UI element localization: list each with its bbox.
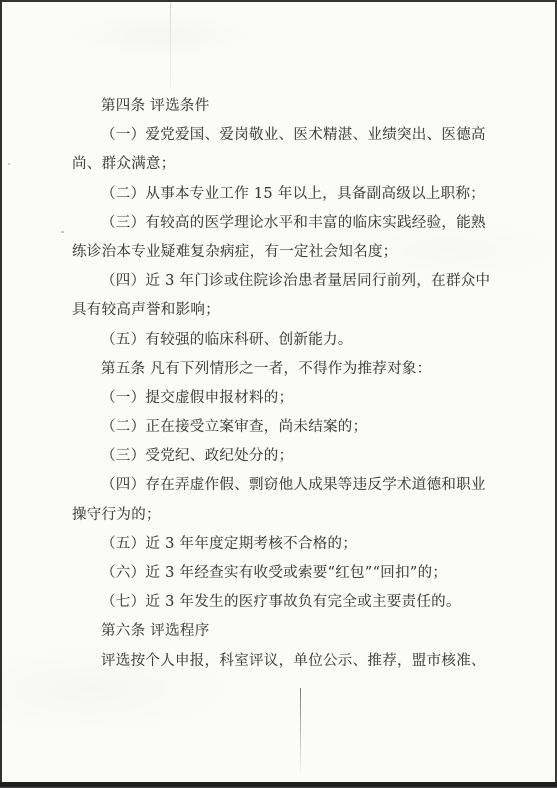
article-5-item-5: （五）近 3 年年度定期考核不合格的；	[72, 530, 496, 559]
article-4-item-3-line-1: （三）有较高的医学理论水平和丰富的临床实践经验，能熟	[72, 209, 496, 238]
article-6-heading: 第六条 评选程序	[72, 617, 496, 646]
scan-edge-left	[0, 0, 2, 788]
crease-line-top	[170, 2, 171, 90]
article-5-item-4-line-1: （四）存在弄虚作假、剽窃他人成果等违反学术道德和职业	[72, 471, 496, 500]
article-5-item-2: （二）正在接受立案审查，尚未结案的；	[72, 413, 496, 442]
article-4-item-5: （五）有较强的临床科研、创新能力。	[72, 326, 496, 355]
article-4-item-2: （二）从事本专业工作 15 年以上，具备副高级以上职称；	[72, 180, 496, 209]
article-4-heading: 第四条 评选条件	[72, 92, 496, 121]
article-5-item-3: （三）受党纪、政纪处分的；	[72, 442, 496, 471]
scan-edge-bottom	[0, 782, 557, 788]
article-5-heading: 第五条 凡有下列情形之一者，不得作为推荐对象：	[72, 355, 496, 384]
article-5-item-1: （一）提交虚假申报材料的；	[72, 384, 496, 413]
scan-speck	[8, 163, 10, 165]
article-4-item-1-line-2: 尚、群众满意；	[72, 150, 496, 179]
article-5-item-4-line-2: 操守行为的；	[72, 501, 496, 530]
article-4-item-1-line-1: （一）爱党爱国、爱岗敬业、医术精湛、业绩突出、医德高	[72, 121, 496, 150]
article-4-item-4-line-2: 具有较高声誉和影响；	[72, 296, 496, 325]
article-5-item-6: （六）近 3 年经查实有收受或索要“红包”“回扣”的；	[72, 559, 496, 588]
fold-line-bottom	[300, 688, 301, 776]
article-4-item-3-line-2: 练诊治本专业疑难复杂病症，有一定社会知名度；	[72, 238, 496, 267]
scan-edge-top	[0, 0, 557, 2]
article-5-item-7: （七）近 3 年发生的医疗事故负有完全或主要责任的。	[72, 588, 496, 617]
article-4-item-4-line-1: （四）近 3 年门诊或住院诊治患者量居同行前列，在群众中	[72, 267, 496, 296]
scanned-page: 第四条 评选条件 （一）爱党爱国、爱岗敬业、医术精湛、业绩突出、医德高 尚、群众…	[0, 0, 557, 788]
article-6-body-line-1: 评选按个人申报，科室评议，单位公示、推荐，盟市核准、	[72, 647, 496, 676]
scan-speck	[61, 231, 64, 233]
document-body: 第四条 评选条件 （一）爱党爱国、爱岗敬业、医术精湛、业绩突出、医德高 尚、群众…	[72, 92, 496, 676]
